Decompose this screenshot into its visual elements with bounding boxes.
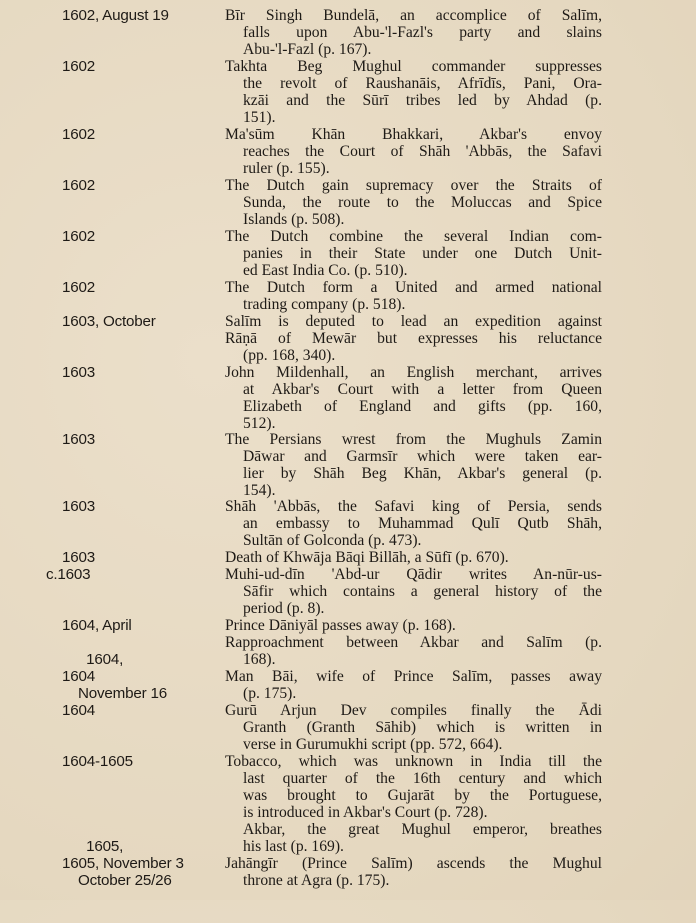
entry-description: Shāh 'Abbās, the Safavi king of Persia, … bbox=[225, 498, 602, 549]
entry-description: John Mildenhall, an English merchant, ar… bbox=[225, 364, 602, 432]
entry-description: The Dutch gain supremacy over the Strait… bbox=[225, 177, 602, 228]
entry-date: 1603 bbox=[62, 498, 95, 515]
entry-date: 1604 bbox=[62, 668, 95, 685]
entry-description: Salīm is deputed to lead an expedition a… bbox=[225, 313, 602, 364]
entry-date: 1604, November 16 bbox=[62, 634, 167, 736]
entry-date: 1602 bbox=[62, 228, 95, 245]
entry-date: 1603 bbox=[62, 549, 95, 566]
entry-date: 1602 bbox=[62, 279, 95, 296]
entry-date: 1603 bbox=[62, 364, 95, 381]
entry-description: Man Bāi, wife of Prince Salīm, passes aw… bbox=[225, 668, 602, 702]
entry-date: 1605, November 3 bbox=[62, 855, 184, 872]
entry-description: The Dutch combine the several Indian com… bbox=[225, 228, 602, 279]
chronology-page: 1602, August 19 Bīr Singh Bundelā, an ac… bbox=[0, 0, 696, 900]
entry-description: Bīr Singh Bundelā, an accomplice of Salī… bbox=[225, 7, 602, 58]
entry-description: Akbar, the great Mughul emperor, breathe… bbox=[225, 821, 602, 855]
entry-date: c.1603 bbox=[46, 566, 90, 583]
entry-description: Death of Khwāja Bāqi Billāh, a Sūfī (p. … bbox=[225, 549, 602, 566]
entry-date: 1602 bbox=[62, 126, 95, 143]
entry-description: Ma'sūm Khān Bhakkari, Akbar's envoy reac… bbox=[225, 126, 602, 177]
entry-description: Tobacco, which was unknown in India till… bbox=[225, 753, 602, 821]
entry-date: 1604 bbox=[62, 702, 95, 719]
entry-date: 1602 bbox=[62, 177, 95, 194]
entry-date: 1602, August 19 bbox=[62, 7, 169, 24]
entry-description: Prince Dāniyāl passes away (p. 168). bbox=[225, 617, 602, 634]
entry-description: The Persians wrest from the Mughuls Zami… bbox=[225, 431, 602, 499]
entry-date: 1603, October bbox=[62, 313, 156, 330]
entry-description: The Dutch form a United and armed nation… bbox=[225, 279, 602, 313]
entry-description: Jahāngīr (Prince Salīm) ascends the Mugh… bbox=[225, 855, 602, 889]
entry-description: Muhi-ud-dīn 'Abd-ur Qādir writes An-nūr-… bbox=[225, 566, 602, 617]
entry-description: Gurū Arjun Dev compiles finally the Ādi … bbox=[225, 702, 602, 753]
entry-date: 1604, April bbox=[62, 617, 132, 634]
entry-date: 1604-1605 bbox=[62, 753, 133, 770]
entry-description: Rapproachment between Akbar and Salīm (p… bbox=[225, 634, 602, 668]
entry-date: 1603 bbox=[62, 431, 95, 448]
entry-date: 1602 bbox=[62, 58, 95, 75]
entry-description: Takhta Beg Mughul commander suppresses t… bbox=[225, 58, 602, 126]
